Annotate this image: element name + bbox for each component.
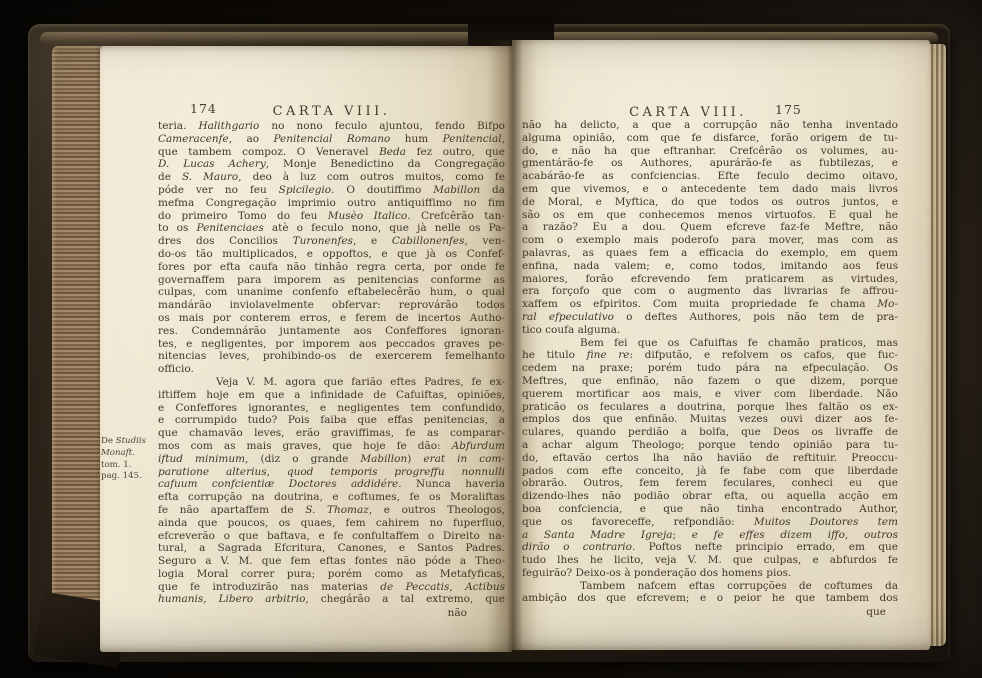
text-line: De Studiis [101,436,155,448]
text-line: do, e não ha que eftranhar. Crefcêrão os… [522,145,898,158]
text-line: iftud minimum, (diz o grande Mabillon) e… [158,453,505,466]
book-photo: 174 CARTA VIII. teria. Halithgario no no… [0,0,982,678]
text-line: tes, e negligentes, por imporem aos pecc… [158,338,505,351]
text-line: governaffem para imporem as penitencias … [158,274,505,287]
text-line: e Confeffores ignorantes, e negligentes … [158,402,505,415]
text-line: Cameracenfe, ao Penitencial Romano hum P… [158,133,505,146]
text-line: Meftres, que enfinão, não fazem o que di… [522,375,898,388]
text-line: to os Penitenciaes atè o feculo nono, qu… [158,222,505,235]
text-line: teria. Halithgario no nono feculo ajunto… [158,120,505,133]
text-line: os mais por conterem erros, e ferem de i… [158,312,505,325]
text-line: tural, a Sagrada Efcritura, Canones, e S… [158,542,505,555]
text-line: res. Condemnárão juntamente aos Confeffo… [158,325,505,338]
text-line: pag. 145. [101,471,155,483]
text-line: ainda que poucos, os quaes, fem cahirem … [158,517,505,530]
text-line: gmentárão-fe os Authores, apurárão-fe as… [522,157,898,170]
text-line: maiores, forão efcrevendo fem praticarem… [522,273,898,286]
text-line: culpas, com unanime confenfo eftabelecêr… [158,286,505,299]
text-line: mefma Congregação imprimio outro antiqui… [158,197,505,210]
text-line: emplos dos que enfinão. Muitas vezes ouv… [522,413,898,426]
text-line: fores por efta caufa não tinhão regra ce… [158,261,505,274]
text-line: dres dos Concilios Turonenfes, e Cabillo… [158,235,505,248]
page-header-right: CARTA VIII. 175 [522,101,898,117]
page-number-right: 175 [775,102,802,117]
text-line: officio. [158,363,505,376]
text-line: palavras, as quaes fem a efficacia do ex… [522,247,898,260]
page-text-right: não ha delicto, a que a corrupção não te… [522,119,898,605]
text-line: do primeiro Tomo do feu Musèo Italico. C… [158,210,505,223]
text-line: xaffem os efpiritos. Com muita proprieda… [522,298,898,311]
text-line: mandárão inviolavelmente obfervar: repro… [158,299,505,312]
text-line: feguirão? Deixo-os à ponderação dos home… [522,567,898,580]
fore-edge-right [929,44,946,646]
text-line: iftiffem hoje em que a infinidade de Caf… [158,389,505,402]
text-line: cedem na praxe; porém tudo pára na efpec… [522,362,898,375]
text-line: nitencias leves, prohibindo-os de exerce… [158,350,505,363]
text-line: enfina, nada valem; e, como todos, imita… [522,260,898,273]
text-line: não ha delicto, a que a corrupção não te… [522,119,898,132]
text-line: dizendo-lhes não podião obrar efta, ou a… [522,490,898,503]
text-line: são os em que conhecemos menos virtuofos… [522,209,898,222]
text-line: a achar algum Theologo; porque tendo opi… [522,439,898,452]
text-line: do-os tão multiplicados, e oppoftos, e q… [158,248,505,261]
text-line: e corrumpido tudo? Pois faiba que effas … [158,414,505,427]
text-line: culares, quando perdião a bolfa, que Deo… [522,426,898,439]
text-line: alguma opinião, com que fe disfarce, for… [522,132,898,145]
text-line: efta corrupção na doutrina, e coftumes, … [158,491,505,504]
text-line: que os favoreceffe, refpondião: Muitos D… [522,516,898,529]
text-line: que fe introduzirão nas materias de Pecc… [158,581,505,594]
text-line: D. Lucas Achery, Monje Benedictino da Co… [158,158,505,171]
text-line: efcreverão o que baftava, e fe confultaf… [158,530,505,543]
text-line: logia Moral correr pura; porém como as M… [158,568,505,581]
text-line: Monaft. [101,448,155,460]
text-line: Veja V. M. agora que farião eftes Padres… [158,376,505,389]
text-line: de S. Mauro, deo à luz com outros muitos… [158,171,505,184]
text-line: obrarão. Outros, fem ferem feculares, co… [522,477,898,490]
text-line: praticão os feculares a doutrina, porque… [522,401,898,414]
page-number-left: 174 [190,101,217,116]
text-line: a Santa Madre Igreja; e fe effes dizem i… [522,529,898,542]
text-line: acabárão-fe as confciencias. Efte feculo… [522,170,898,183]
text-line: fe não apartaffem de S. Thomaz, e outros… [158,504,505,517]
text-line: cafuum confcientiæ Doctores addidére. Nu… [158,478,505,491]
text-line: mos com as mais graves, que hoje fe dão:… [158,440,505,453]
margin-note: De StudiisMonaft.tom. 1.pag. 145. [101,436,155,483]
text-line: em que vivemos, e o antecedente tem dado… [522,183,898,196]
page-header-left: 174 CARTA VIII. [158,100,505,116]
text-line: ral efpeculativo o deftes Authores, pois… [522,311,898,324]
text-line: com o exemplo mais poderofo para mover, … [522,234,898,247]
text-line: tico coufa alguma. [522,324,898,337]
text-line: de Moral, e Myftica, do que todos os out… [522,196,898,209]
text-line: ambição dos que efcrevem; e o peior he q… [522,592,898,605]
text-line: que chamavão leves, erão graviffimas, fe… [158,427,505,440]
text-line: a razão? Eu a dou. Quem efcreve faz-fe M… [522,221,898,234]
text-line: póde ver no feu Spicilegio. O doutiffimo… [158,184,505,197]
text-line: Tambem nafcem eftas corrupções de coftum… [522,580,898,593]
text-line: do, eftavão certos lha não havião de ref… [522,452,898,465]
text-line: boa confciencia, e que não tinha encontr… [522,503,898,516]
text-line: era forçofo que com o augmento das livra… [522,285,898,298]
text-line: que tambem compoz. O Veneravel Beda fez … [158,146,505,159]
page-text-left: teria. Halithgario no nono feculo ajunto… [158,120,505,606]
text-line: Seguro a V. M. que fem eftas fontes não … [158,555,505,568]
text-line: dirão o contrario. Poftos nefte principi… [522,541,898,554]
running-title-right: CARTA VIII. [629,105,747,120]
catchword-right: que [522,606,898,618]
text-line: he titulo fine re: difputão, e refolvem … [522,349,898,362]
catchword-left: não [158,607,505,619]
text-line: querem mortificar aos mais, e viver com … [522,388,898,401]
text-line: paratione alterius, quod temporis progre… [158,466,505,479]
text-line: humanis, Libero arbitrio, chegárão a tal… [158,593,505,606]
text-line: pados com efte conceito, jà fe fabe com … [522,465,898,478]
fore-edge-left [52,46,104,620]
text-line: Bem fei que os Cafuiftas fe chamão prati… [522,337,898,350]
text-line: tudo lhes he licito, veja V. M. que culp… [522,554,898,567]
text-line: tom. 1. [101,460,155,472]
running-title-left: CARTA VIII. [273,104,391,119]
